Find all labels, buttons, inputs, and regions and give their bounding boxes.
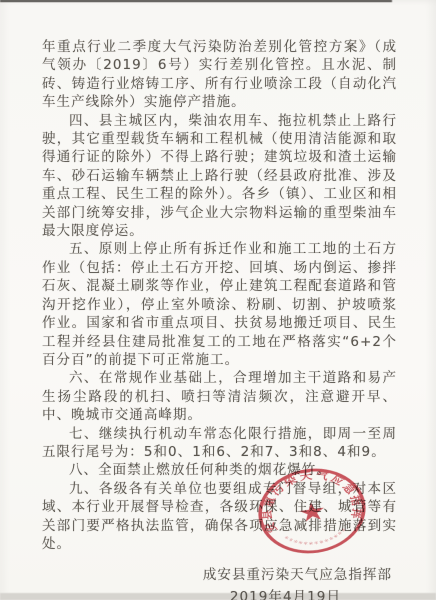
document-paragraph: 七、继续执行机动车常态化限行措施，即周一至周五限行尾号为：5和0、1和6、2和7… [42,425,397,462]
document-paragraph: 六、在常规作业基础上，合理增加主干道路和易产生扬尘路段的机扫、喷扫等清洁频次，注… [42,369,397,424]
scanned-document-page: 年重点行业二季度大气污染防治差别化管控方案》（成气领办〔2019〕6号）实行差别… [0,0,436,600]
issuing-authority: 成安县重污染天气应急指挥部 [42,566,397,584]
scan-edge-top [0,0,392,2]
document-paragraph: 五、原则上停止所有拆迁作业和施工工地的土石方作业（包括：停止土石方开挖、回填、场… [42,240,397,369]
seal-bottom-marks: ＊＊＊＊＊＊＊＊＊＊＊＊＊ [282,527,350,551]
signature-block: 成安县重污染天气应急指挥部 2019年4月19日 [42,566,397,600]
seal-graphic: 成安县重污染天气应急指挥部 ★ ＊＊＊＊＊＊＊＊＊＊＊＊＊ [246,456,378,566]
document-paragraph: 四、县主城区内，柴油农用车、拖拉机禁止上路行驶，其它重型载货车辆和工程机械（使用… [42,112,397,241]
star-icon: ★ [296,495,329,528]
svg-text:＊＊＊＊＊＊＊＊＊＊＊＊＊: ＊＊＊＊＊＊＊＊＊＊＊＊＊ [282,527,350,551]
issue-date: 2019年4月19日 [42,588,397,600]
document-paragraph: 年重点行业二季度大气污染防治差别化管控方案》（成气领办〔2019〕6号）实行差别… [42,38,397,112]
official-seal-stamp: 成安县重污染天气应急指挥部 ★ ＊＊＊＊＊＊＊＊＊＊＊＊＊ [246,456,378,566]
